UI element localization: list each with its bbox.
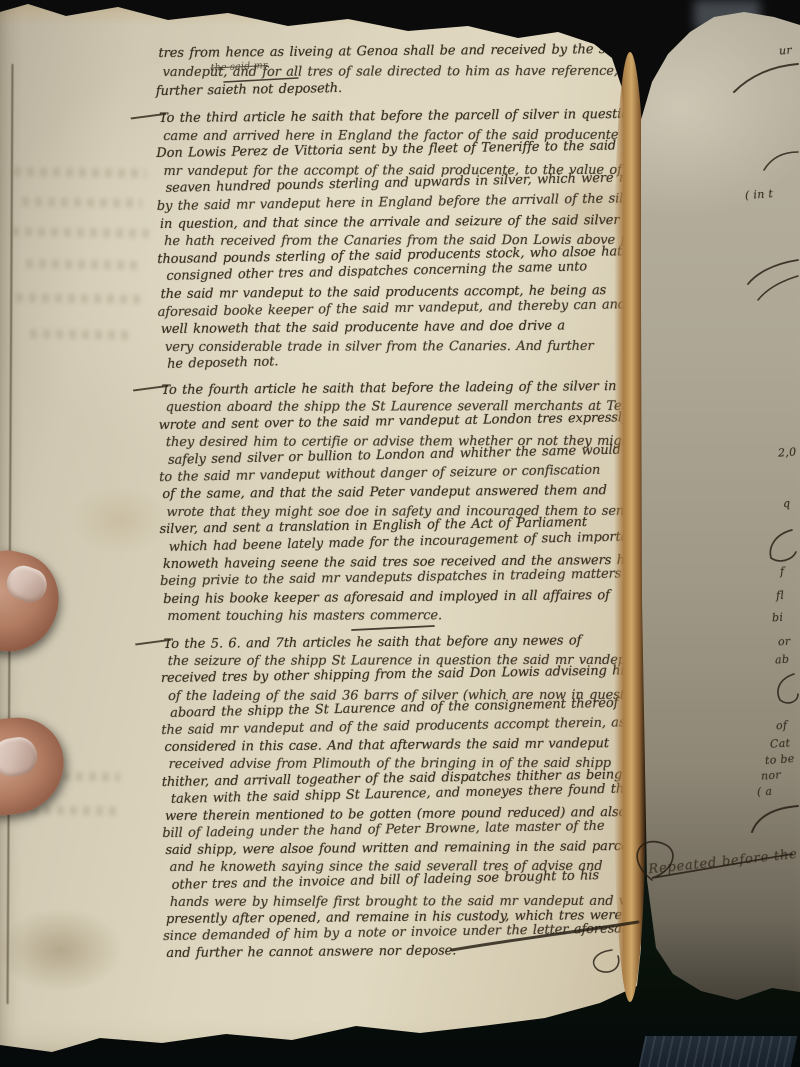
handwritten-line: moment touching his masters commerce. [167,607,667,626]
fingernail [2,561,51,607]
paragraph-articles-5-6-7: To the 5. 6. and 7th articles he saith t… [164,632,667,963]
registrar-annotation: Repeated before the [648,842,800,878]
facing-line-fragment: ab [775,653,790,667]
manuscript-photograph: the said mr tres from hence as liveing a… [0,0,800,1067]
facing-line-fragment: f [780,565,785,578]
facing-line-fragment: Cat [770,736,791,750]
handwritten-line: and further he cannot answere nor depose… [166,941,666,963]
showthrough-ink [12,227,150,238]
handwritten-line: in question, and that since the arrivale… [160,211,660,233]
facing-line-fragment: of [776,719,788,733]
handwritten-line: being his booke keeper as aforesaid and … [163,586,663,608]
handwritten-line: considered in this case. And that afterw… [164,735,664,757]
background-blue-grid [639,1036,798,1067]
showthrough-ink [30,329,130,339]
handwritten-line: tres from hence as liveing at Genoa shal… [158,40,658,63]
handwritten-line: To the third article he saith that befor… [159,106,659,128]
facing-line-fragment: q [783,497,791,510]
showthrough-ink [16,293,142,304]
handwritten-line: of the same, and that the said Peter van… [162,482,662,504]
paragraph-article-fourth: To the fourth article he saith that befo… [161,378,663,626]
handwritten-line: well knoweth that the said producente ha… [161,317,661,339]
fingernail [0,734,40,779]
facing-line-fragment: nor [761,768,782,782]
handwritten-line: To the 5. 6. and 7th articles he saith t… [164,632,664,654]
showthrough-ink [22,197,142,208]
facing-line-fragment: fl [776,589,785,603]
paragraph-article-third: To the third article he saith that befor… [159,106,661,374]
page-fold-crease [7,64,14,1004]
facing-line-fragment: or [778,635,791,649]
handwritten-line: said shipp, were alsoe found written and… [165,838,665,860]
facing-line-fragment: ( in t [745,187,774,202]
handwriting-text-layer: the said mr tres from hence as liveing a… [158,0,667,1067]
facing-line-fragment: ur [779,44,793,58]
facing-line-fragment: 2,0 [778,445,797,459]
facing-line-fragment: to be [765,752,795,767]
facing-line-fragment: ( a [757,784,773,798]
paragraph-closing: tres from hence as liveing at Genoa shal… [158,40,658,101]
showthrough-ink [26,259,138,270]
facing-line-fragment: bi [772,611,784,625]
showthrough-ink [14,167,146,178]
handwritten-line: To the fourth article he saith that befo… [161,378,661,400]
